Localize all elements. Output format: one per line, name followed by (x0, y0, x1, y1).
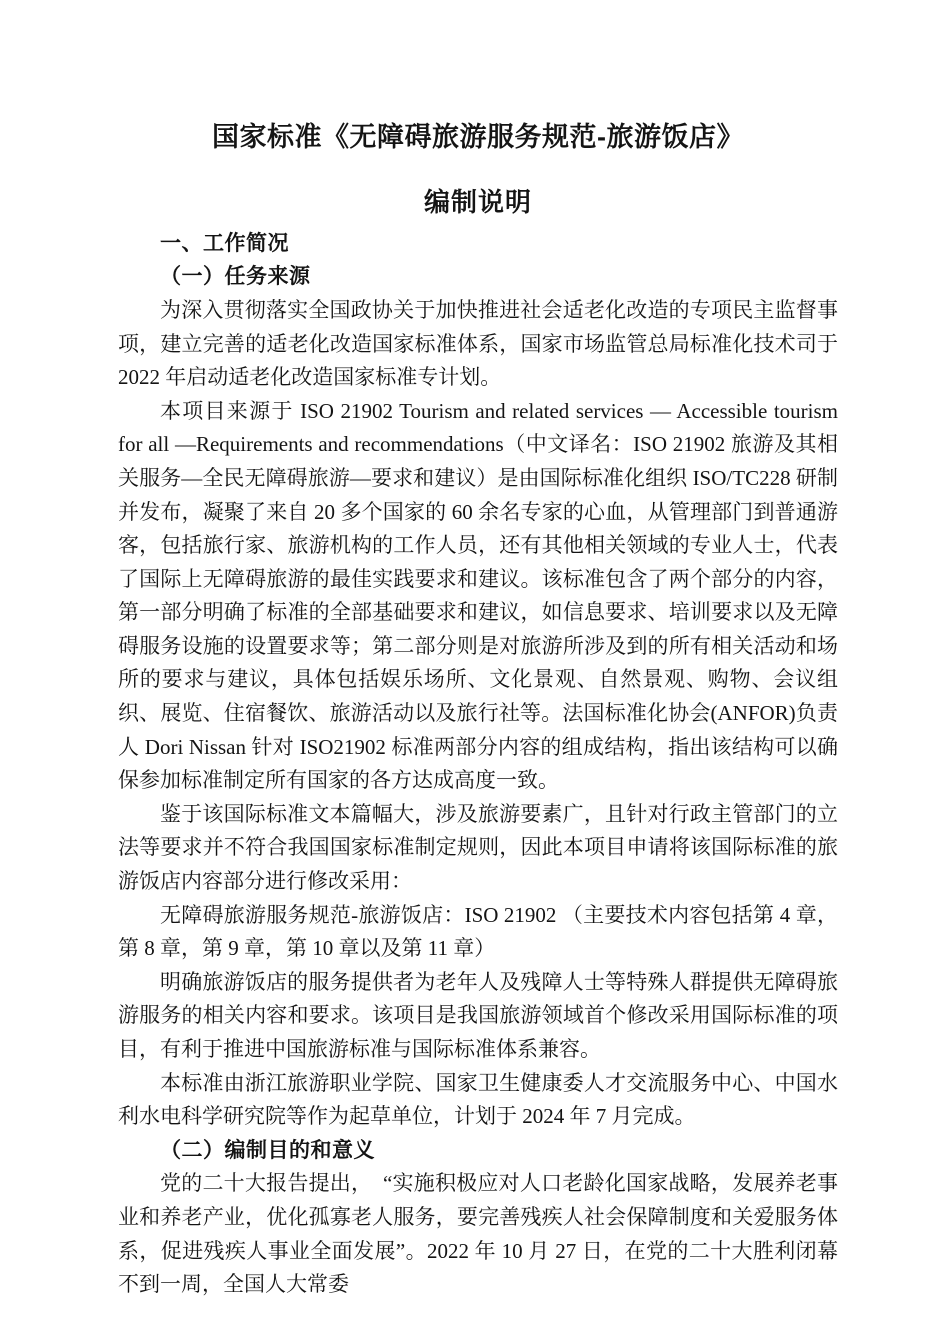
paragraph-party-congress-report: 党的二十大报告提出， “实施积极应对人口老龄化国家战略，发展养老事业和养老产业，… (118, 1167, 838, 1301)
heading-work-overview: 一、工作简况 (118, 227, 838, 261)
document-page: 国家标准《无障碍旅游服务规范-旅游饭店》 编制说明 一、工作简况 （一）任务来源… (0, 0, 950, 1344)
paragraph-service-providers: 明确旅游饭店的服务提供者为老年人及残障人士等特殊人群提供无障碍旅游服务的相关内容… (118, 966, 838, 1067)
heading-task-source: （一）任务来源 (118, 260, 838, 294)
paragraph-adoption-rationale: 鉴于该国际标准文本篇幅大，涉及旅游要素广，且针对行政主管部门的立法等要求并不符合… (118, 798, 838, 899)
document-subtitle: 编制说明 (118, 182, 838, 219)
paragraph-drafting-units: 本标准由浙江旅游职业学院、国家卫生健康委人才交流服务中心、中国水利水电科学研究院… (118, 1067, 838, 1134)
paragraph-standard-scope: 无障碍旅游服务规范-旅游饭店：ISO 21902 （主要技术内容包括第 4 章，… (118, 899, 838, 966)
paragraph-iso-21902-origin: 本项目来源于 ISO 21902 Tourism and related ser… (118, 395, 838, 798)
document-title: 国家标准《无障碍旅游服务规范-旅游饭店》 (118, 121, 838, 155)
document-body: 一、工作简况 （一）任务来源 为深入贯彻落实全国政协关于加快推进社会适老化改造的… (118, 227, 838, 1302)
heading-purpose-significance: （二）编制目的和意义 (118, 1134, 838, 1168)
paragraph-task-background: 为深入贯彻落实全国政协关于加快推进社会适老化改造的专项民主监督事项，建立完善的适… (118, 294, 838, 395)
